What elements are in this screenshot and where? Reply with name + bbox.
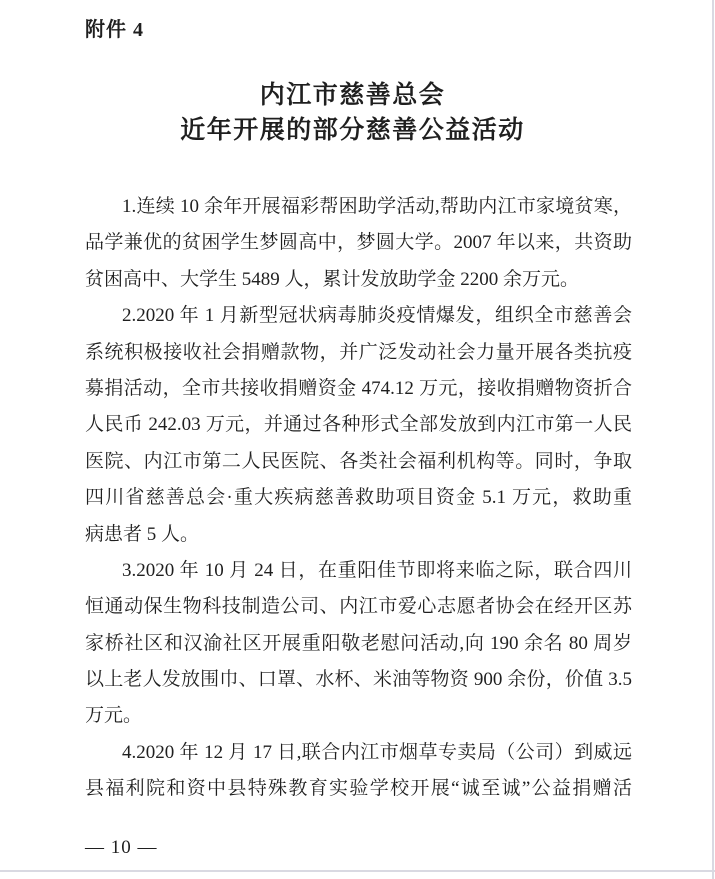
paragraph-line: 医院、内江市第二人民医院、各类社会福利机构等。同时，争取 [85,444,632,480]
paragraph-line: 2.2020 年 1 月新型冠状病毒肺炎疫情爆发，组织全市慈善会 [85,298,632,334]
document-title: 内江市慈善总会 近年开展的部分慈善公益活动 [0,78,705,148]
paragraph-line: 万元。 [85,698,632,734]
attachment-label: 附件 4 [85,16,144,44]
page-right-edge-line [712,0,714,879]
document-body: 1.连续 10 余年开展福彩帮困助学活动,帮助内江市家境贫寒， 品学兼优的贫困学… [85,189,632,808]
paragraph-line: 3.2020 年 10 月 24 日，在重阳佳节即将来临之际，联合四川 [85,553,632,589]
paragraph-line: 四川省慈善总会·重大疾病慈善救助项目资金 5.1 万元，救助重 [85,480,632,516]
paragraph-line: 以上老人发放围巾、口罩、水杯、米油等物资 900 余份，价值 3.5 [85,662,632,698]
paragraph-line: 品学兼优的贫困学生梦圆高中，梦圆大学。2007 年以来，共资助 [85,225,632,261]
document-title-line-1: 内江市慈善总会 [0,78,705,113]
document-page: 附件 4 内江市慈善总会 近年开展的部分慈善公益活动 1.连续 10 余年开展福… [0,0,715,879]
paragraph-line: 1.连续 10 余年开展福彩帮困助学活动,帮助内江市家境贫寒， [85,189,632,225]
paragraph-line: 募捐活动，全市共接收捐赠资金 474.12 万元，接收捐赠物资折合 [85,371,632,407]
paragraph-line: 病患者 5 人。 [85,517,632,553]
page-number: — 10 — [85,838,158,858]
paragraph-line: 4.2020 年 12 月 17 日,联合内江市烟草专卖局（公司）到威远 [85,735,632,771]
paragraph-line: 恒通动保生物科技制造公司、内江市爱心志愿者协会在经开区苏 [85,589,632,625]
paragraph-line: 家桥社区和汉渝社区开展重阳敬老慰问活动,向 190 余名 80 周岁 [85,626,632,662]
page-bottom-edge-line [0,870,715,872]
paragraph-line: 人民币 242.03 万元，并通过各种形式全部发放到内江市第一人民 [85,407,632,443]
document-title-line-2: 近年开展的部分慈善公益活动 [0,113,705,148]
paragraph-line: 系统积极接收社会捐赠款物，并广泛发动社会力量开展各类抗疫 [85,335,632,371]
paragraph-line: 贫困高中、大学生 5489 人，累计发放助学金 2200 余万元。 [85,262,632,298]
paragraph-line: 县福利院和资中县特殊教育实验学校开展“诚至诚”公益捐赠活 [85,771,632,807]
